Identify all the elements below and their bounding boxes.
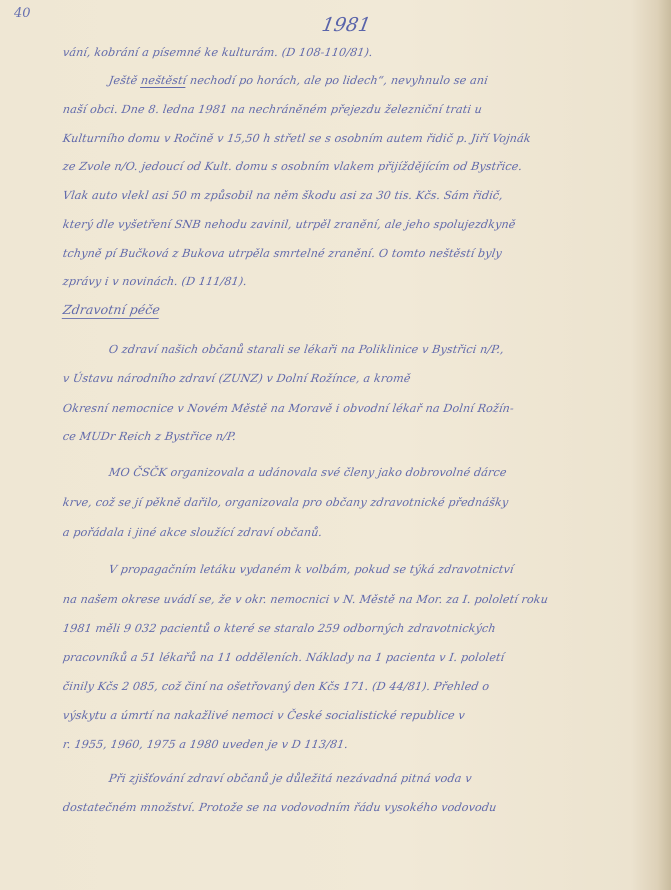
text-line: který dle vyšetření SNB nehodu zavinil, … — [62, 218, 516, 231]
text-line: pracovníků a 51 lékařů na 11 odděleních.… — [62, 651, 505, 664]
text-line: Kulturního domu v Ročině v 15,50 h střet… — [62, 132, 532, 145]
text-line: Okresní nemocnice v Novém Městě na Morav… — [62, 402, 515, 415]
text-line: činily Kčs 2 085, což činí na ošetřovaný… — [62, 680, 490, 693]
text-line: 1981 měli 9 032 pacientů o které se star… — [62, 622, 497, 635]
text-line: výskytu a úmrtí na nakažlivé nemoci v Če… — [62, 709, 466, 722]
text-line: tchyně pí Bučková z Bukova utrpěla smrte… — [62, 247, 503, 260]
underlined-phrase: neštěstí — [140, 74, 187, 87]
section-heading: Zdravotní péče — [62, 302, 161, 317]
text-line: ze Zvole n/O. jedoucí od Kult. domu s os… — [62, 160, 523, 173]
text-line: vání, kobrání a písemné ke kulturám. (D … — [62, 46, 374, 59]
year-heading: 1981 — [320, 14, 372, 36]
text-line: a pořádala i jiné akce sloužící zdraví o… — [62, 526, 323, 539]
text-line: MO ČSČK organizovala a udánovala své čle… — [108, 466, 507, 479]
chronicle-page: 40 1981 vání, kobrání a písemné ke kultu… — [0, 0, 671, 890]
text-line: O zdraví našich občanů starali se lékaři… — [108, 343, 505, 356]
text-line: zprávy i v novinách. (D 111/81). — [62, 275, 248, 288]
text-line: krve, což se jí pěkně dařilo, organizova… — [62, 496, 509, 509]
text-line: dostatečném množství. Protože se na vodo… — [62, 801, 497, 814]
page-number: 40 — [14, 6, 31, 21]
text-line: r. 1955, 1960, 1975 a 1980 uveden je v D… — [62, 738, 349, 751]
text-line: v Ústavu národního zdraví (ZUNZ) v Dolní… — [62, 372, 411, 385]
text-line: ce MUDr Reich z Bystřice n/P. — [62, 430, 237, 443]
text-line: naší obci. Dne 8. ledna 1981 na nechráně… — [62, 103, 483, 116]
text-line: V propagačním letáku vydaném k volbám, p… — [108, 563, 514, 576]
text-line: Vlak auto vlekl asi 50 m způsobil na něm… — [62, 189, 504, 202]
text-line: Ještě neštěstí nechodí po horách, ale po… — [108, 74, 489, 87]
text-line: Při zjišťování zdraví občanů je důležitá… — [108, 772, 473, 785]
text-line: na našem okrese uvádí se, že v okr. nemo… — [62, 593, 549, 606]
